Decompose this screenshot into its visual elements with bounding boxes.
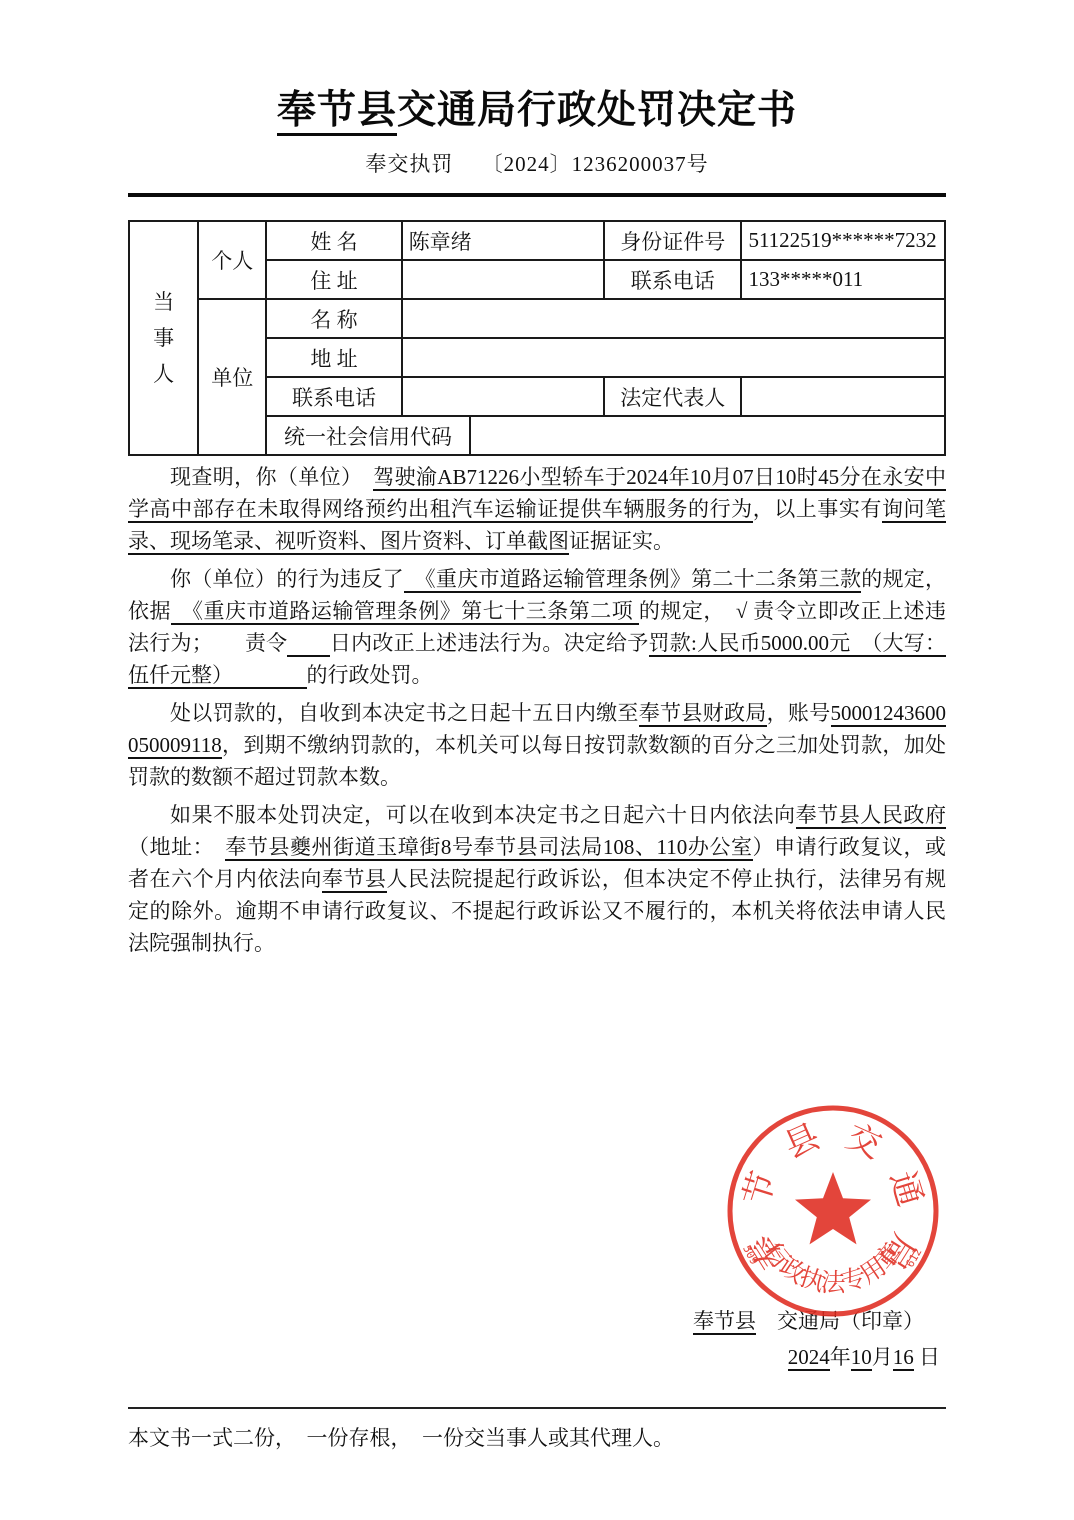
personal-group-label: 个人 (198, 221, 266, 299)
text-segment: 年 (830, 1345, 851, 1369)
blank-space (128, 965, 946, 1303)
text-segment: ，到期不缴纳罚款的，本机关可以每日按罚款数额的百分之三加处罚款，加处罚款的数额不… (128, 733, 946, 789)
footer-note: 本文书一式二份， 一份存根， 一份交当事人或其代理人。 (128, 1423, 946, 1453)
name-label: 姓 名 (266, 221, 401, 260)
legal-rep-value (741, 377, 945, 416)
text-segment: 现查明，你（单位） (170, 465, 373, 489)
document-body: 现查明，你（单位） 驾驶渝AB71226小型轿车于2024年10月07日10时4… (128, 461, 946, 959)
paragraph-findings: 现查明，你（单位） 驾驶渝AB71226小型轿车于2024年10月07日10时4… (128, 461, 946, 557)
text-segment: （地址： (128, 835, 225, 859)
id-value: 51122519******7232 (741, 221, 945, 260)
party-side-header-text: 当事人 (152, 284, 175, 392)
underlined-text-segment: 奉节县 (322, 867, 387, 893)
text-segment: 证据证实。 (569, 529, 674, 553)
unit-phone-value (402, 377, 604, 416)
underlined-text-segment: 16 (893, 1345, 914, 1371)
unit-name-value (402, 299, 945, 338)
text-segment: 如果不服本处罚决定，可以在收到本决定书之日起六十日内依法向 (170, 803, 796, 827)
underlined-text-segment (287, 631, 329, 657)
uscc-value (470, 416, 945, 455)
text-segment: 交通局（印章） (756, 1309, 924, 1333)
underlined-text-segment: 奉节县财政局 (639, 701, 767, 727)
doc-number: 奉交执罚 〔2024〕1236200037号 (128, 150, 946, 178)
signature-block: 奉节县 交通局（印章） 2024年10月16 日 (128, 1303, 946, 1375)
name-value: 陈章绪 (402, 221, 604, 260)
text-segment: ，账号 (767, 701, 831, 725)
text-segment: 你（单位）的行为违反了 (170, 567, 404, 591)
underlined-text-segment: 奉节县夔州街道玉璋街8号奉节县司法局108、110办公室 (225, 835, 752, 861)
text-segment: 日内改正上述违法行为。决定给予 (330, 631, 649, 655)
footer-divider (128, 1407, 946, 1409)
underlined-text-segment: 2024 (788, 1345, 830, 1371)
text-segment: 的行政处罚。 (307, 663, 433, 687)
unit-address-value (402, 338, 945, 377)
underlined-text-segment: 10 (851, 1345, 872, 1371)
paragraph-legal-basis: 你（单位）的行为违反了 《重庆市道路运输管理条例》第二十二条第三款的规定，依据 … (128, 563, 946, 691)
title-authority-underlined: 奉节县 (277, 89, 397, 136)
underlined-text-segment: 《重庆市道路运输管理条例》第二十二条第三款 (404, 567, 861, 593)
party-side-header: 当事人 (129, 221, 198, 455)
personal-address-label: 住 址 (266, 260, 401, 299)
personal-phone-value: 133*****011 (741, 260, 945, 299)
paragraph-payment: 处以罚款的，自收到本决定书之日起十五日内缴至奉节县财政局，账号500012436… (128, 697, 946, 793)
id-label: 身份证件号 (604, 221, 741, 260)
decision-date-line: 2024年10月16 日 (128, 1339, 946, 1375)
underlined-text-segment: 《重庆市道路运输管理条例》第七十三条第二项 (171, 599, 639, 625)
unit-address-label: 地 址 (266, 338, 401, 377)
unit-phone-label: 联系电话 (266, 377, 401, 416)
uscc-label: 统一社会信用代码 (266, 416, 469, 455)
penalty-decision-document: 奉节县交通局行政处罚决定书 奉交执罚 〔2024〕1236200037号 当事人… (0, 0, 1074, 1520)
underlined-text-segment: 奉节县人民政府 (796, 803, 946, 829)
text-segment: 月 (872, 1345, 893, 1369)
title-rest: 交通局行政处罚决定书 (397, 89, 797, 132)
text-segment: ，以上事实有 (753, 497, 882, 521)
underlined-text-segment: 奉节县 (693, 1309, 756, 1335)
legal-rep-label: 法定代表人 (604, 377, 741, 416)
personal-phone-label: 联系电话 (604, 260, 741, 299)
table-row: 单位 名 称 (129, 299, 945, 338)
header-divider (128, 193, 946, 197)
authority-signature-line: 奉节县 交通局（印章） (128, 1303, 946, 1339)
unit-group-label: 单位 (198, 299, 266, 455)
party-table: 当事人 个人 姓 名 陈章绪 身份证件号 51122519******7232 … (128, 220, 946, 456)
table-row: 当事人 个人 姓 名 陈章绪 身份证件号 51122519******7232 (129, 221, 945, 260)
paragraph-appeal-rights: 如果不服本处罚决定，可以在收到本决定书之日起六十日内依法向奉节县人民政府（地址：… (128, 799, 946, 959)
page-title: 奉节县交通局行政处罚决定书 (128, 86, 946, 136)
unit-name-label: 名 称 (266, 299, 401, 338)
text-segment: 日 (914, 1345, 940, 1369)
personal-address-value (402, 260, 604, 299)
text-segment: 处以罚款的，自收到本决定书之日起十五日内缴至 (170, 701, 639, 725)
